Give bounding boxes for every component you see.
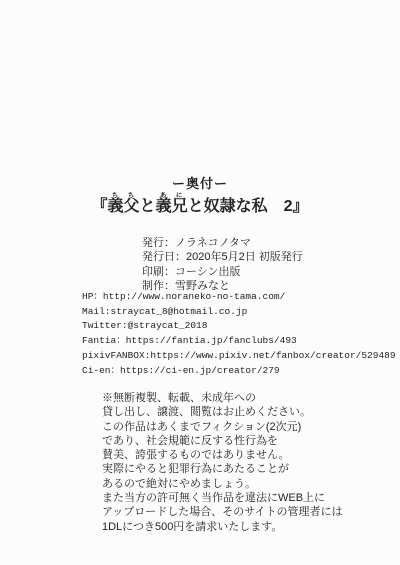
contact-line-fantia: Fantia：https://fantia.jp/fanclubs/493 (82, 334, 396, 349)
title-stepbrother-base: 義兄 (156, 198, 188, 215)
disclaimer-line: アップロードした場合、そのサイトの管理者には (102, 505, 342, 519)
contact-line-cien: Ci-en：https://ci-en.jp/creator/279 (82, 364, 396, 379)
contact-line-twitter: Twitter:@straycat_2018 (82, 319, 396, 334)
disclaimer-line: この作品はあくまでフィクション(2次元) (102, 420, 342, 434)
title-rest: と奴隷な私 2』 (188, 198, 309, 215)
disclaimer-line: ※無断複製、転載、未成年への (102, 391, 342, 405)
colophon-page: ー奥付ー 『義父ちちと義兄あにと奴隷な私 2』 発行：ノラネコノタマ 発行日：2… (0, 0, 400, 565)
disclaimer-line: であり、社会規範に反する性行為を (102, 434, 342, 448)
title-ruby-stepbrother: 義兄あに (156, 198, 188, 215)
publication-line-date: 発行日：2020年5月2日 初版発行 (142, 250, 303, 264)
contact-info: HP：http://www.noraneko-no-tama.com/ Mail… (82, 290, 396, 378)
disclaimer-text: ※無断複製、転載、未成年への 貸し出し、譲渡、閲覧はお止めください。 この作品は… (102, 391, 342, 534)
title-open-bracket: 『 (92, 198, 108, 215)
publication-line-publisher: 発行：ノラネコノタマ (142, 236, 303, 250)
section-label: ー奥付ー (0, 177, 400, 191)
disclaimer-line: また当方の許可無く当作品を違法にWEB上に (102, 491, 342, 505)
disclaimer-line: 賛美、誇張するものではありません。 (102, 448, 342, 462)
book-title: 『義父ちちと義兄あにと奴隷な私 2』 (0, 192, 400, 220)
disclaimer-line: あるので絶対にやめましょう。 (102, 477, 342, 491)
publication-info: 発行：ノラネコノタマ 発行日：2020年5月2日 初版発行 印刷：コーシン出版 … (142, 236, 303, 294)
contact-line-mail: Mail:straycat_8@hotmail.co.jp (82, 305, 396, 320)
title-ruby-stepfather: 義父ちち (108, 198, 140, 215)
title-stepbrother-furigana: あに (156, 192, 188, 199)
title-stepfather-furigana: ちち (108, 192, 140, 199)
disclaimer-line: 貸し出し、譲渡、閲覧はお止めください。 (102, 405, 342, 419)
title-stepfather-base: 義父 (108, 198, 140, 215)
contact-line-pixivfanbox: pixivFANBOX:https://www.pixiv.net/fanbox… (82, 349, 396, 364)
publication-line-printer: 印刷：コーシン出版 (142, 265, 303, 279)
title-joiner: と (140, 198, 156, 215)
disclaimer-line: 実際にやると犯罪行為にあたることが (102, 462, 342, 476)
contact-line-hp: HP：http://www.noraneko-no-tama.com/ (82, 290, 396, 305)
disclaimer-line: 1DLにつき500円を請求いたします。 (102, 520, 342, 534)
colophon-header: ー奥付ー 『義父ちちと義兄あにと奴隷な私 2』 (0, 177, 400, 220)
